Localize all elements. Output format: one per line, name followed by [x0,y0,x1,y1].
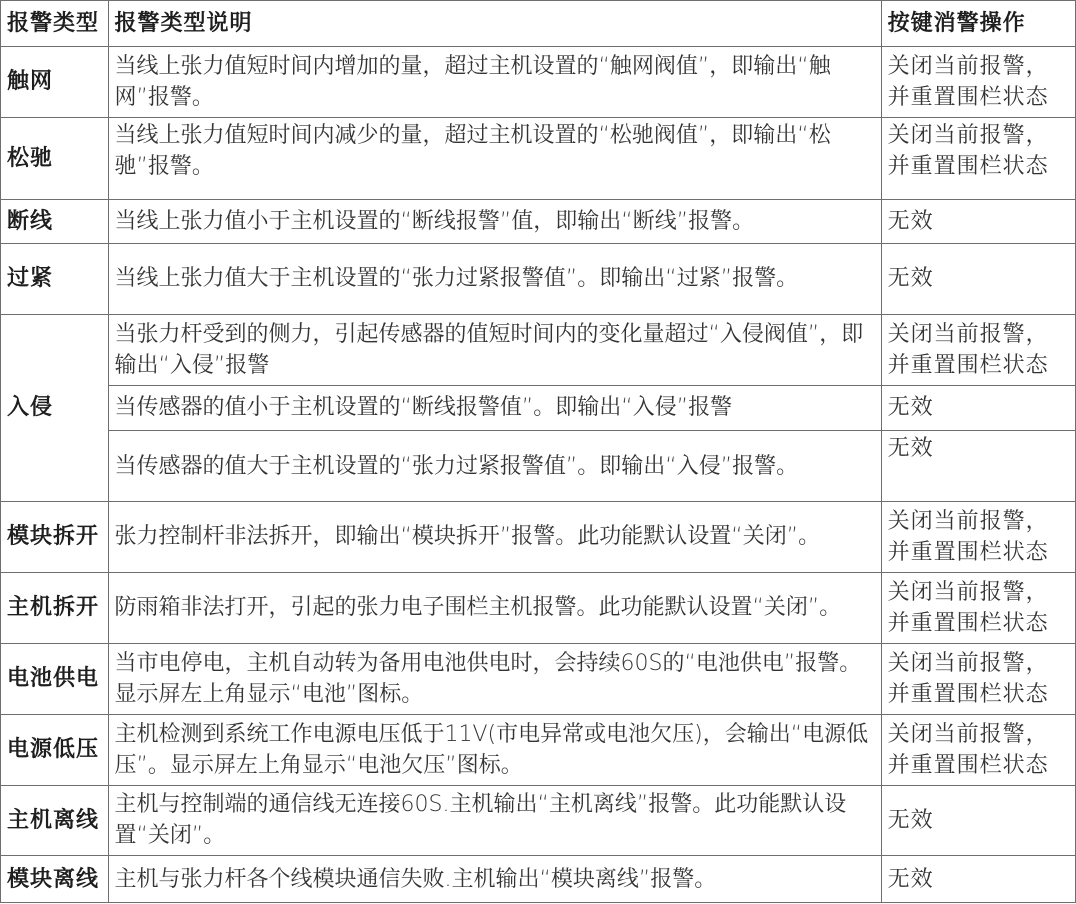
alarm-description-cell: 当线上张力值小于主机设置的“断线报警”值，即输出“断线”报警。 [108,200,881,244]
table-row: 入侵 当张力杆受到的侧力，引起传感器的值短时间内的变化量超过“入侵阀值”，即输出… [1,314,1076,385]
header-alarm-type: 报警类型 [1,1,109,47]
alarm-description-cell: 防雨箱非法打开，引起的张力电子围栏主机报警。此功能默认设置“关闭”。 [108,572,881,643]
table-row: 模块拆开 张力控制杆非法拆开，即输出“模块拆开”报警。此功能默认设置“关闭”。 … [1,502,1076,573]
table-row: 断线 当线上张力值小于主机设置的“断线报警”值，即输出“断线”报警。 无效 [1,200,1076,244]
clear-operation-cell: 关闭当前报警，并重置围栏状态 [881,314,1075,385]
alarm-description-cell: 当传感器的值大于主机设置的“张力过紧报警值”。即输出“入侵”报警。 [108,431,881,502]
table-sub-row: 当传感器的值小于主机设置的“断线报警值”。即输出“入侵”报警 无效 [1,385,1076,431]
alarm-type-cell: 主机拆开 [1,572,109,643]
table-row: 模块离线 主机与张力杆各个线模块通信失败.主机输出“模块离线”报警。 无效 [1,856,1076,903]
header-alarm-description: 报警类型说明 [108,1,881,47]
table-row: 电源低压 主机检测到系统工作电源电压低于11V(市电异常或电池欠压)，会输出“电… [1,714,1076,785]
clear-operation-cell: 关闭当前报警，并重置围栏状态 [881,714,1075,785]
clear-operation-cell: 无效 [881,856,1075,903]
alarm-type-cell: 电源低压 [1,714,109,785]
table-row: 过紧 当线上张力值大于主机设置的“张力过紧报警值”。即输出“过紧”报警。 无效 [1,243,1076,314]
alarm-types-table: 报警类型 报警类型说明 按键消警操作 触网 当线上张力值短时间内增加的量，超过主… [0,0,1076,903]
alarm-description-cell: 张力控制杆非法拆开，即输出“模块拆开”报警。此功能默认设置“关闭”。 [108,502,881,573]
alarm-type-cell: 模块离线 [1,856,109,903]
table-header-row: 报警类型 报警类型说明 按键消警操作 [1,1,1076,47]
alarm-type-cell: 电池供电 [1,643,109,714]
table-sub-row: 当传感器的值大于主机设置的“张力过紧报警值”。即输出“入侵”报警。 无效 [1,431,1076,502]
alarm-description-cell: 当张力杆受到的侧力，引起传感器的值短时间内的变化量超过“入侵阀值”，即输出“入侵… [108,314,881,385]
alarm-type-cell: 断线 [1,200,109,244]
alarm-description-cell: 主机检测到系统工作电源电压低于11V(市电异常或电池欠压)，会输出“电源低压”。… [108,714,881,785]
clear-operation-cell: 无效 [881,385,1075,431]
clear-operation-cell: 关闭当前报警，并重置围栏状态 [881,502,1075,573]
clear-operation-cell: 无效 [881,243,1075,314]
alarm-description-cell: 主机与控制端的通信线无连接60S.主机输出“主机离线”报警。此功能默认设置“关闭… [108,785,881,856]
alarm-type-cell: 入侵 [1,314,109,501]
clear-operation-cell: 无效 [881,785,1075,856]
clear-operation-cell: 关闭当前报警，并重置围栏状态 [881,118,1075,200]
alarm-type-cell: 模块拆开 [1,502,109,573]
alarm-description-cell: 当传感器的值小于主机设置的“断线报警值”。即输出“入侵”报警 [108,385,881,431]
clear-operation-cell: 关闭当前报警，并重置围栏状态 [881,643,1075,714]
alarm-type-cell: 触网 [1,46,109,118]
alarm-description-cell: 当线上张力值短时间内减少的量，超过主机设置的“松驰阀值”，即输出“松驰”报警。 [108,118,881,200]
clear-operation-cell: 无效 [881,200,1075,244]
alarm-type-cell: 主机离线 [1,785,109,856]
table-row: 触网 当线上张力值短时间内增加的量，超过主机设置的“触网阀值”，即输出“触网”报… [1,46,1076,118]
table-row: 松驰 当线上张力值短时间内减少的量，超过主机设置的“松驰阀值”，即输出“松驰”报… [1,118,1076,200]
table-row: 电池供电 当市电停电，主机自动转为备用电池供电时，会持续60S的“电池供电”报警… [1,643,1076,714]
alarm-description-cell: 当线上张力值短时间内增加的量，超过主机设置的“触网阀值”，即输出“触网”报警。 [108,46,881,118]
alarm-description-cell: 当线上张力值大于主机设置的“张力过紧报警值”。即输出“过紧”报警。 [108,243,881,314]
header-clear-operation: 按键消警操作 [881,1,1075,47]
table-row: 主机离线 主机与控制端的通信线无连接60S.主机输出“主机离线”报警。此功能默认… [1,785,1076,856]
clear-operation-cell: 关闭当前报警，并重置围栏状态 [881,572,1075,643]
alarm-type-cell: 过紧 [1,243,109,314]
alarm-description-cell: 主机与张力杆各个线模块通信失败.主机输出“模块离线”报警。 [108,856,881,903]
alarm-type-cell: 松驰 [1,118,109,200]
clear-operation-cell: 无效 [881,431,1075,502]
alarm-description-cell: 当市电停电，主机自动转为备用电池供电时，会持续60S的“电池供电”报警。显示屏左… [108,643,881,714]
clear-operation-cell: 关闭当前报警，并重置围栏状态 [881,46,1075,118]
table-row: 主机拆开 防雨箱非法打开，引起的张力电子围栏主机报警。此功能默认设置“关闭”。 … [1,572,1076,643]
